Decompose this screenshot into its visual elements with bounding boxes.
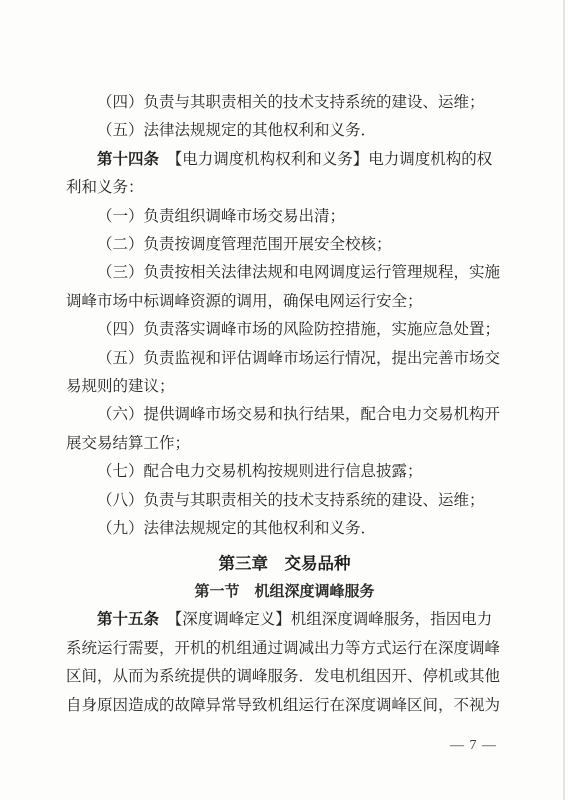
article-15-number: 第十五条 bbox=[97, 611, 175, 628]
list-item-text: （七）配合电力交易机构按规则进行信息披露； bbox=[97, 463, 423, 480]
list-item-text: （四）负责与其职责相关的技术支持系统的建设、运维； bbox=[97, 94, 485, 111]
list-item-text: （八）负责与其职责相关的技术支持系统的建设、运维； bbox=[97, 492, 485, 509]
list-item-8: （八）负责与其职责相关的技术支持系统的建设、运维； bbox=[66, 487, 503, 515]
list-item-1: （一）负责组织调峰市场交易出清； bbox=[66, 203, 503, 231]
list-item-4-prev: （四）负责与其职责相关的技术支持系统的建设、运维； bbox=[66, 89, 503, 117]
document-content: （四）负责与其职责相关的技术支持系统的建设、运维； （五）法律法规规定的其他权利… bbox=[66, 89, 503, 720]
list-item-text: （六）提供调峰市场交易和执行结果，配合电力交易机构开 展交易结算工作； bbox=[66, 406, 500, 451]
article-14-number: 第十四条 bbox=[97, 151, 175, 168]
list-item-4: （四）负责落实调峰市场的风险防控措施，实施应急处置； bbox=[66, 316, 503, 344]
list-item-text: （一）负责组织调峰市场交易出清； bbox=[97, 208, 345, 225]
list-item-text: （二）负责按调度管理范围开展安全校核； bbox=[97, 236, 392, 253]
chapter-3-heading: 第三章 交易品种 bbox=[66, 550, 503, 578]
list-item-2: （二）负责按调度管理范围开展安全校核； bbox=[66, 231, 503, 259]
list-item-5-prev: （五）法律法规规定的其他权利和义务． bbox=[66, 117, 503, 145]
section-1-heading: 第一节 机组深度调峰服务 bbox=[66, 578, 503, 606]
page-number: — 7 — bbox=[450, 737, 497, 755]
list-item-text: （四）负责落实调峰市场的风险防控措施，实施应急处置； bbox=[97, 321, 500, 338]
list-item-text: （九）法律法规规定的其他权利和义务． bbox=[97, 520, 376, 537]
list-item-7: （七）配合电力交易机构按规则进行信息披露； bbox=[66, 458, 503, 486]
list-item-6: （六）提供调峰市场交易和执行结果，配合电力交易机构开 展交易结算工作； bbox=[66, 401, 503, 458]
list-item-text: （五）法律法规规定的其他权利和义务． bbox=[97, 122, 376, 139]
list-item-9: （九）法律法规规定的其他权利和义务． bbox=[66, 515, 503, 543]
list-item-3: （三）负责按相关法律法规和电网调度运行管理规程，实施 调峰市场中标调峰资源的调用… bbox=[66, 259, 503, 316]
list-item-text: （五）负责监视和评估调峰市场运行情况，提出完善市场交 易规则的建议； bbox=[66, 350, 500, 395]
scan-edge-line bbox=[563, 0, 565, 800]
list-item-text: （三）负责按相关法律法规和电网调度运行管理规程，实施 调峰市场中标调峰资源的调用… bbox=[66, 264, 500, 309]
list-item-5: （五）负责监视和评估调峰市场运行情况，提出完善市场交 易规则的建议； bbox=[66, 345, 503, 402]
article-15: 第十五条 【深度调峰定义】机组深度调峰服务，指因电力 系统运行需要，开机的机组通… bbox=[66, 606, 503, 720]
article-14: 第十四条 【电力调度机构权利和义务】电力调度机构的权 利和义务： bbox=[66, 146, 503, 203]
document-page: （四）负责与其职责相关的技术支持系统的建设、运维； （五）法律法规规定的其他权利… bbox=[0, 0, 568, 800]
